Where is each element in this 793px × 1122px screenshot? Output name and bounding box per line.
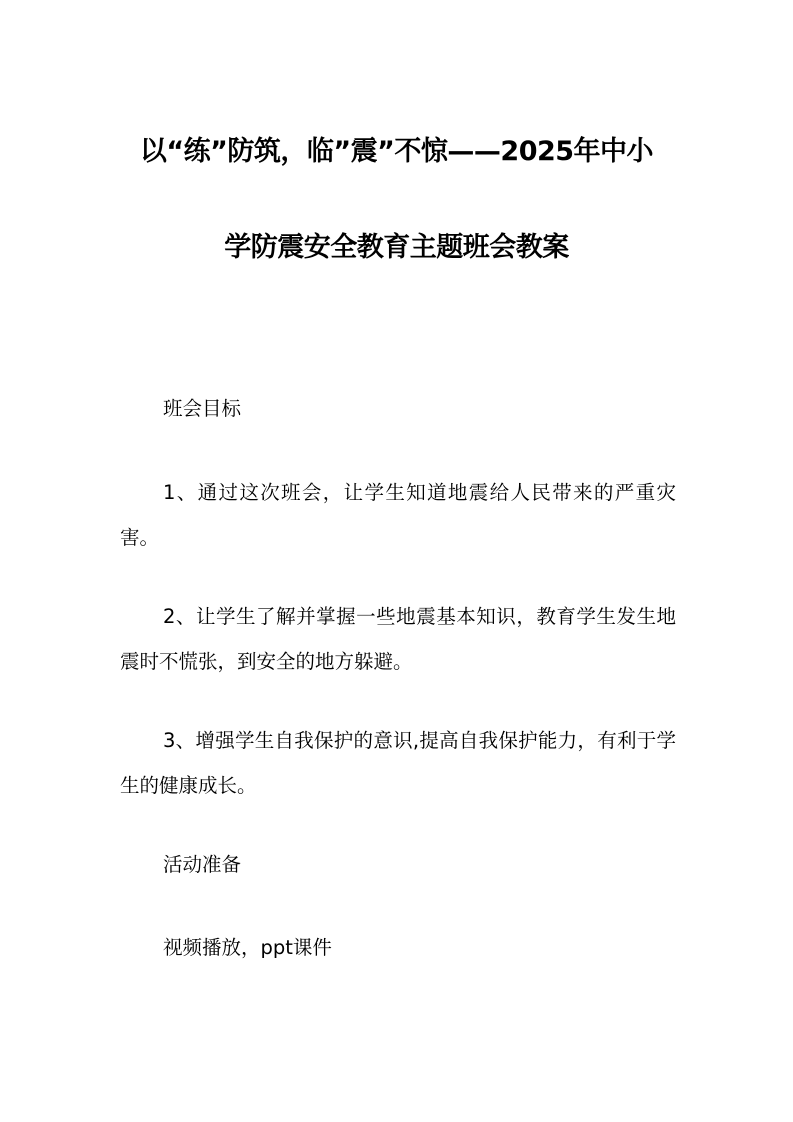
preparation-materials: 视频播放，ppt课件 [120, 925, 676, 970]
document-title-line-1: 以“练”防筑，临”震”不惊——2025年中小 [0, 134, 793, 170]
goal-item-2: 2、让学生了解并掌握一些地震基本知识，教育学生发生地震时不慌张，到安全的地方躲避… [120, 594, 676, 684]
section-heading-goals: 班会目标 [120, 386, 676, 431]
document-title-line-2: 学防震安全教育主题班会教案 [0, 230, 793, 266]
goal-item-1: 1、通过这次班会，让学生知道地震给人民带来的严重灾害。 [120, 470, 676, 560]
document-page: 以“练”防筑，临”震”不惊——2025年中小 学防震安全教育主题班会教案 班会目… [0, 0, 793, 1122]
section-heading-preparation: 活动准备 [120, 842, 676, 887]
goal-item-3: 3、增强学生自我保护的意识,提高自我保护能力，有利于学生的健康成长。 [120, 718, 676, 808]
